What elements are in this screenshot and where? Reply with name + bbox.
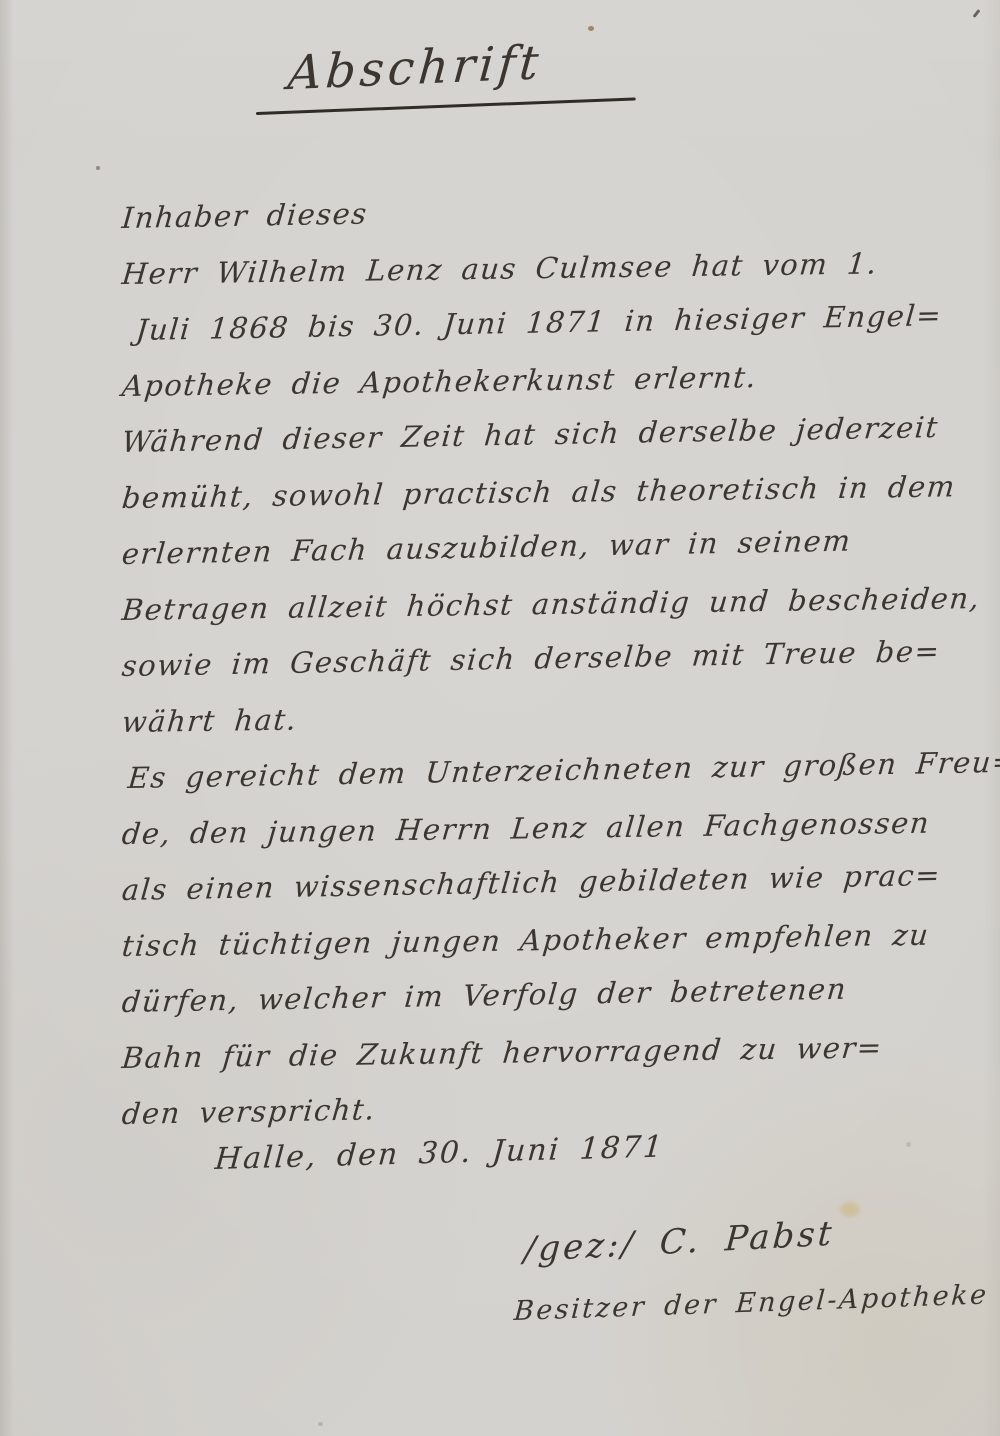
scanned-document-page: Abschrift Inhaber dieses Herr Wilhelm Le… — [0, 0, 1000, 1436]
handwritten-body: Inhaber dieses Herr Wilhelm Lenz aus Cul… — [122, 190, 1000, 1188]
document-title: Abschrift — [286, 35, 545, 101]
